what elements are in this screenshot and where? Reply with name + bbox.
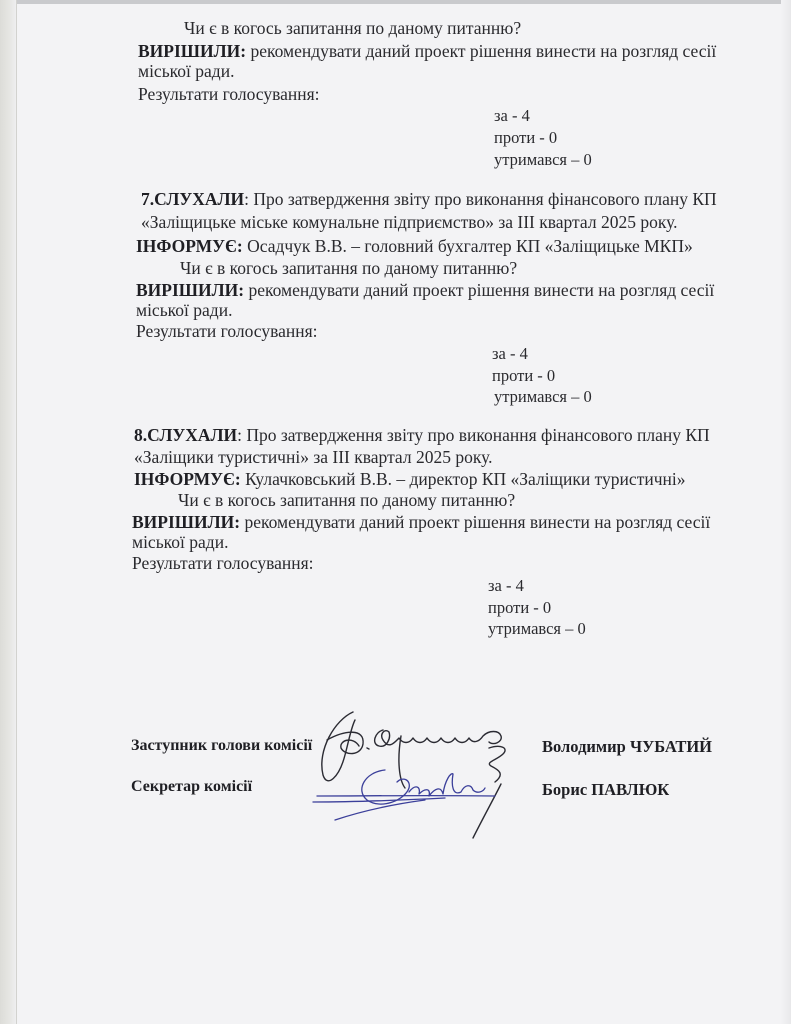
item8-heard-cont: «Заліщики туристичні» за ІІІ квартал 202… [134,447,492,467]
decided-text: рекомендувати даний проект рішення винес… [244,280,714,300]
handwritten-signatures [305,700,555,840]
item7-decision: ВИРІШИЛИ: рекомендувати даний проект ріш… [136,280,714,300]
secretary-name: Борис ПАВЛЮК [542,780,669,800]
deputy-signature [322,712,505,838]
preamble-vote-abstained: утримався – 0 [494,150,592,170]
heard-label: 8.СЛУХАЛИ [134,425,237,445]
item8-informs: ІНФОРМУЄ: Кулачковський В.В. – директор … [134,469,685,489]
preamble-vote-for: за - 4 [494,106,530,126]
item7-question: Чи є в когось запитання по даному питанн… [180,258,517,278]
preamble-question: Чи є в когось запитання по даному питанн… [184,18,521,38]
item7-vote-for: за - 4 [492,344,528,364]
item7-heard: 7.СЛУХАЛИ: Про затвердження звіту про ви… [141,189,717,209]
heard-label: 7.СЛУХАЛИ [141,189,244,209]
item8-decision-cont: міської ради. [132,532,228,552]
item7-informs: ІНФОРМУЄ: Осадчук В.В. – головний бухгал… [136,236,693,256]
informs-text: Осадчук В.В. – головний бухгалтер КП «За… [243,236,693,256]
item8-heard: 8.СЛУХАЛИ: Про затвердження звіту про ви… [134,425,710,445]
decided-label: ВИРІШИЛИ: [132,512,240,532]
preamble-decision-cont: міської ради. [138,61,234,81]
decided-label: ВИРІШИЛИ: [138,41,246,61]
item7-results-label: Результати голосування: [136,321,318,341]
preamble-results-label: Результати голосування: [138,84,320,104]
decided-label: ВИРІШИЛИ: [136,280,244,300]
item8-vote-abstained: утримався – 0 [488,619,586,639]
document-page: Чи є в когось запитання по даному питанн… [0,0,791,1024]
informs-label: ІНФОРМУЄ: [134,469,241,489]
item7-decision-cont: міської ради. [136,300,232,320]
item8-vote-for: за - 4 [488,576,524,596]
item8-results-label: Результати голосування: [132,553,314,573]
deputy-chair-label: Заступник голови комісії [131,736,312,756]
informs-text: Кулачковський В.В. – директор КП «Заліщи… [241,469,686,489]
preamble-vote-against: проти - 0 [494,128,557,148]
item7-vote-against: проти - 0 [492,366,555,386]
heard-text: : Про затвердження звіту про виконання ф… [237,425,710,445]
item8-decision: ВИРІШИЛИ: рекомендувати даний проект ріш… [132,512,710,532]
secretary-signature [313,770,495,820]
item7-heard-cont: «Заліщицьке міське комунальне підприємст… [141,212,677,232]
item8-question: Чи є в когось запитання по даному питанн… [178,490,515,510]
preamble-decision: ВИРІШИЛИ: рекомендувати даний проект ріш… [138,41,716,61]
informs-label: ІНФОРМУЄ: [136,236,243,256]
heard-text: : Про затвердження звіту про виконання ф… [244,189,717,209]
decided-text: рекомендувати даний проект рішення винес… [240,512,710,532]
item8-vote-against: проти - 0 [488,598,551,618]
secretary-label: Секретар комісії [131,777,252,797]
deputy-chair-name: Володимир ЧУБАТИЙ [542,737,712,757]
item7-vote-abstained: утримався – 0 [494,387,592,407]
decided-text: рекомендувати даний проект рішення винес… [246,41,716,61]
